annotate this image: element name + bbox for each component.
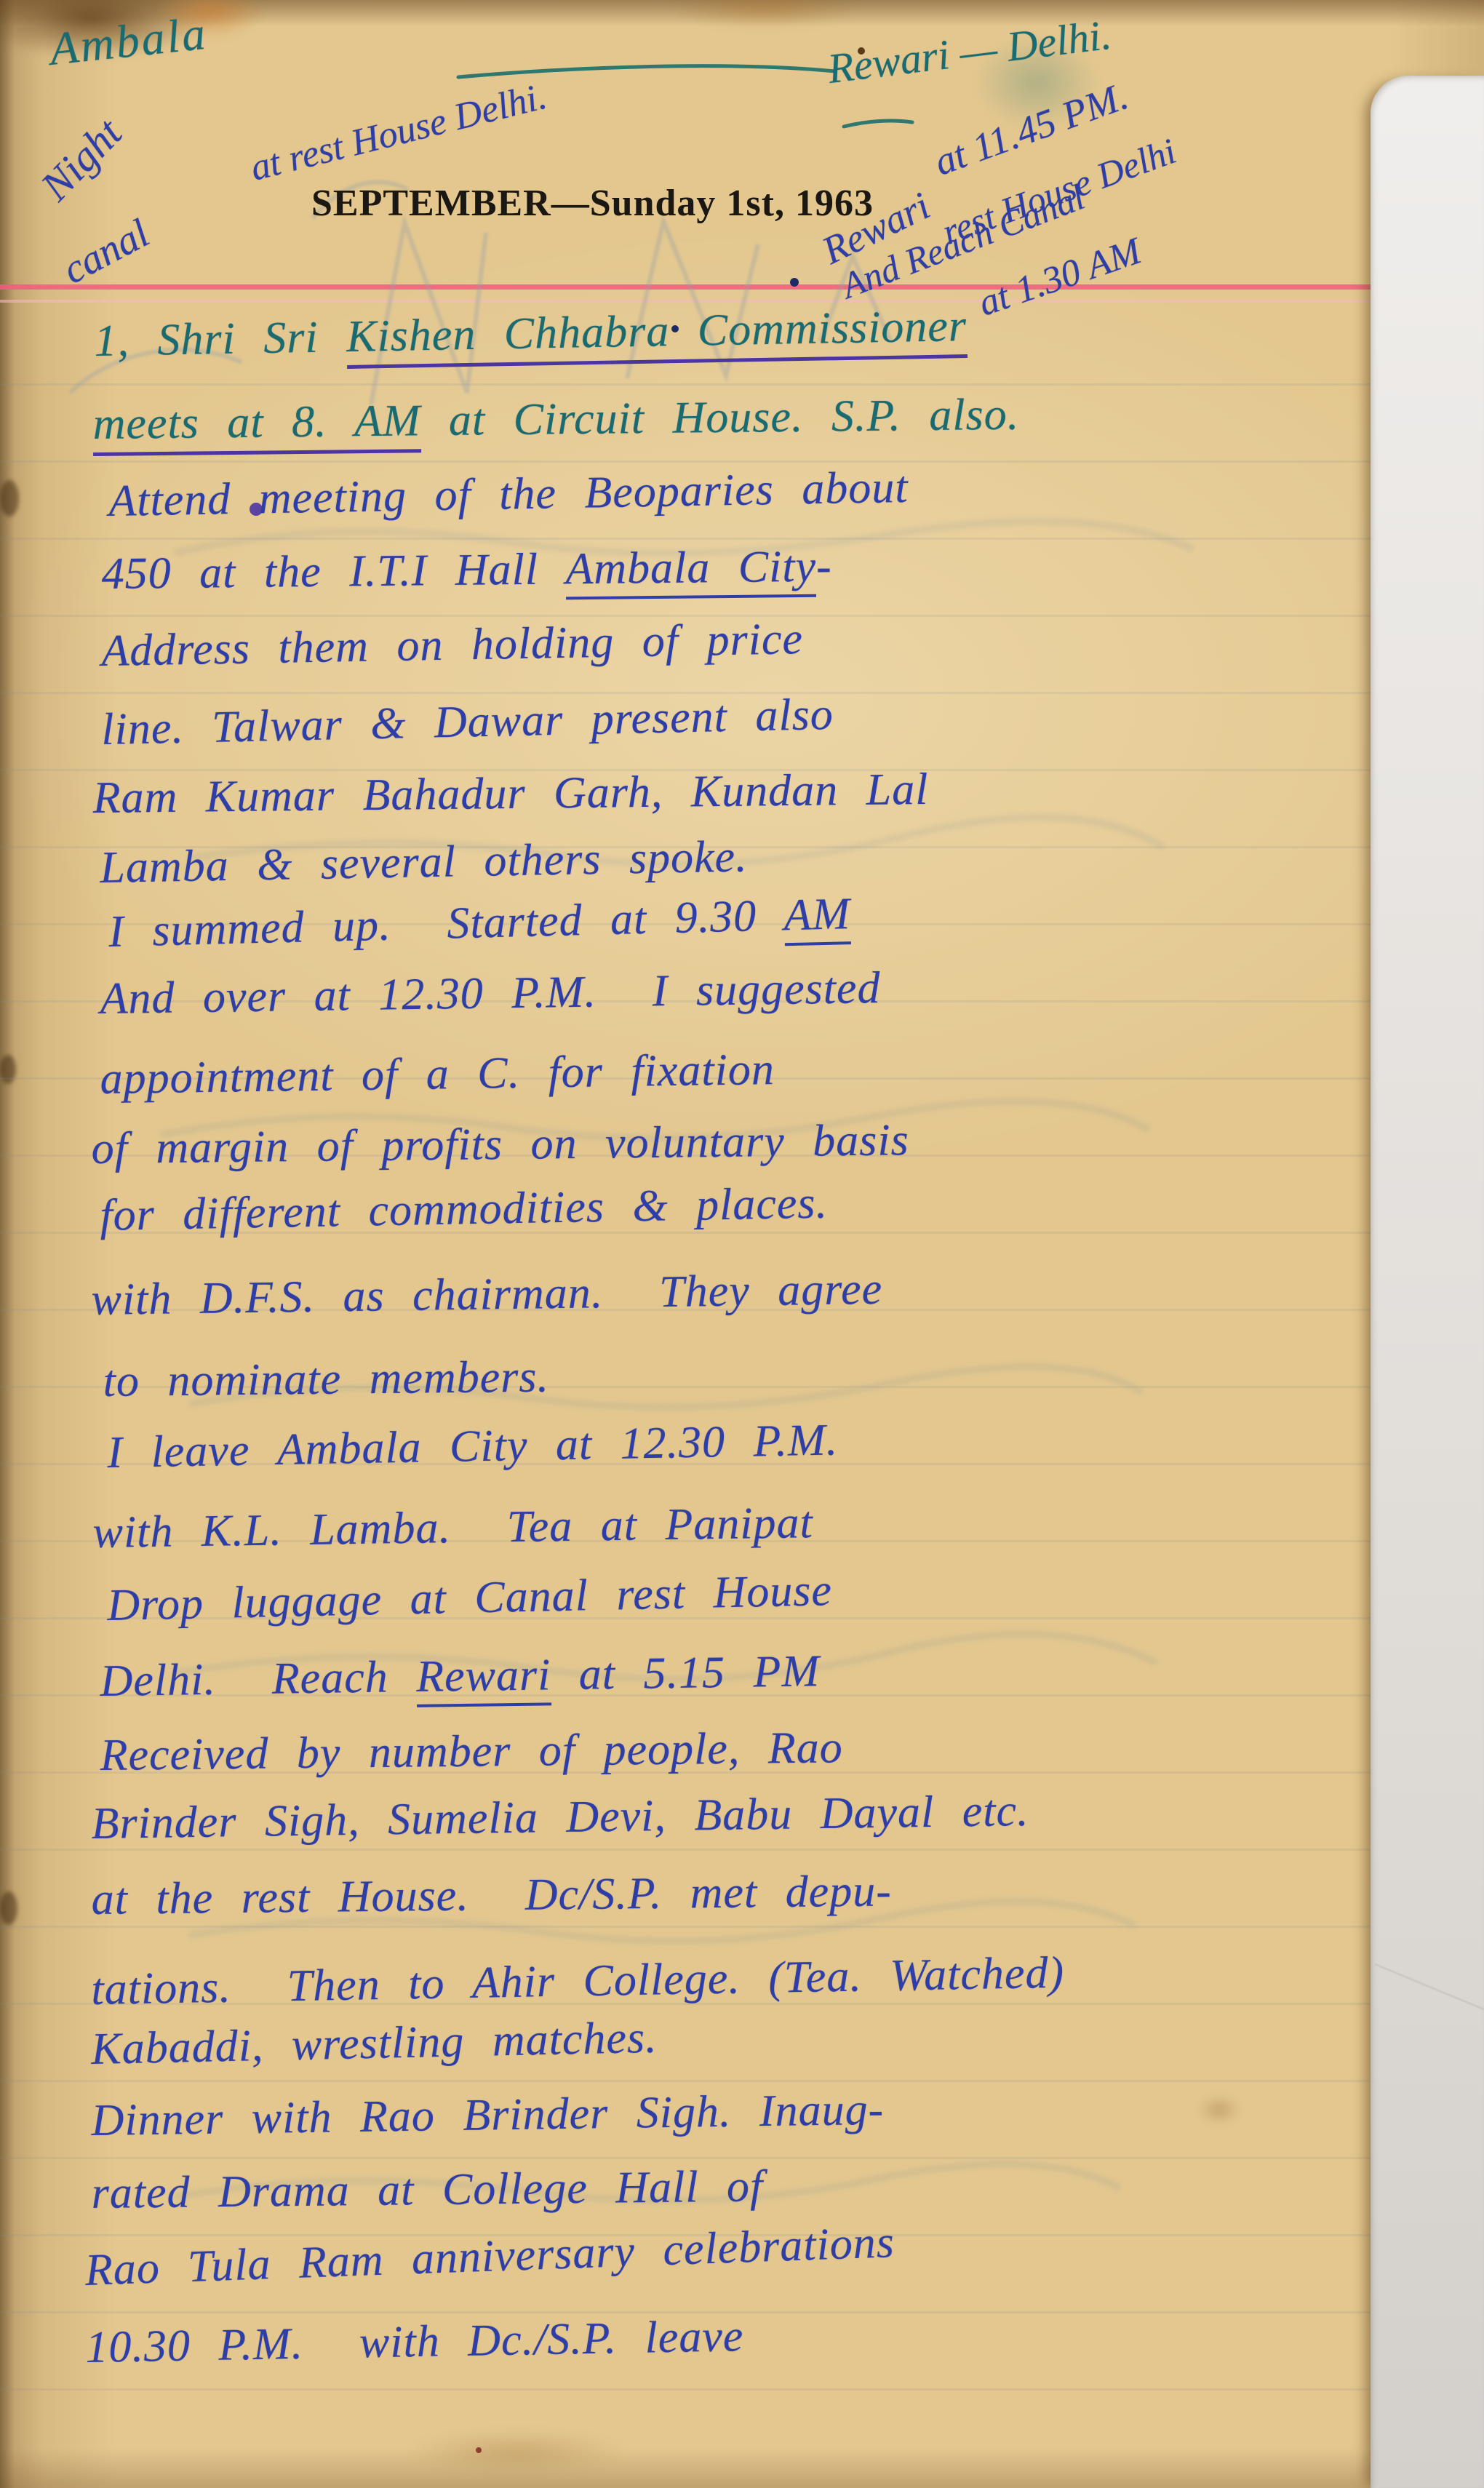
diary-line: with D.F.S. as chairman. They agree [91, 1267, 882, 1323]
line-text: Received by number of people, Rao [100, 1723, 843, 1780]
line-text: with K.L. Lamba. Tea at Panipat [92, 1498, 813, 1558]
underlined-phrase: Ambala City [565, 542, 816, 600]
diary-line: I leave Ambala City at 12.30 P.M. [107, 1417, 839, 1475]
line-text: Ram Kumar Bahadur Garh, Kundan Lal [92, 765, 928, 823]
diary-line: And over at 12.30 P.M. I suggested [100, 965, 881, 1021]
diary-line: Kabaddi, wrestling matches. [91, 2015, 658, 2072]
diary-line: Delhi. Reach Rewari at 5.15 PM [100, 1648, 820, 1704]
underlined-phrase: AM [783, 889, 851, 946]
line-text: 1, Shri Sri [94, 312, 347, 366]
line-text: at 5.15 PM [551, 1646, 821, 1699]
page-crease [1375, 1964, 1484, 2009]
line-text: to nominate members. [103, 1352, 549, 1406]
line-text: at the rest House. Dc/S.P. met depu- [91, 1866, 892, 1924]
line-text: appointment of a C. for fixation [100, 1045, 775, 1104]
printed-date-header: SEPTEMBER—Sunday 1st, 1963 [311, 182, 874, 225]
diary-line: of margin of profits on voluntary basis [91, 1117, 909, 1171]
underlined-phrase: Rewari [416, 1650, 551, 1707]
diary-line: Received by number of people, Rao [100, 1725, 843, 1778]
underlined-phrase: Kishen Chhabra Commissioner [346, 301, 968, 369]
line-text: rated Drama at College Hall of [91, 2161, 763, 2218]
line-text: Delhi. Reach [100, 1652, 417, 1706]
diary-line: Dinner with Rao Brinder Sigh. Inaug- [91, 2087, 884, 2143]
diary-page-scan: SEPTEMBER—Sunday 1st, 1963 Ambala Rewari… [0, 0, 1484, 2488]
diary-line: Address them on holding of price [101, 616, 803, 674]
diary-line: meets at 8. AM at Circuit House. S.P. al… [92, 392, 1019, 447]
diary-line: with K.L. Lamba. Tea at Panipat [92, 1500, 813, 1555]
diary-line: appointment of a C. for fixation [100, 1047, 775, 1101]
diary-line: rated Drama at College Hall of [91, 2164, 763, 2216]
line-text: 450 at the I.T.I Hall [101, 544, 565, 599]
diary-line: for different commodities & places. [100, 1181, 829, 1238]
diary-line: 10.30 P.M. with Dc./S.P. leave [85, 2313, 744, 2370]
diary-line: Ram Kumar Bahadur Garh, Kundan Lal [92, 767, 928, 821]
line-text: at Circuit House. S.P. also. [420, 390, 1019, 446]
diary-line: 450 at the I.T.I Hall Ambala City- [101, 543, 832, 597]
diary-line: at the rest House. Dc/S.P. met depu- [91, 1868, 892, 1922]
diary-line: Lamba & several others spoke. [100, 834, 748, 890]
diary-line: to nominate members. [103, 1355, 549, 1404]
line-text: of margin of profits on voluntary basis [91, 1115, 909, 1173]
underlined-phrase: meets at 8. AM [92, 396, 421, 456]
line-text: - [816, 541, 832, 591]
